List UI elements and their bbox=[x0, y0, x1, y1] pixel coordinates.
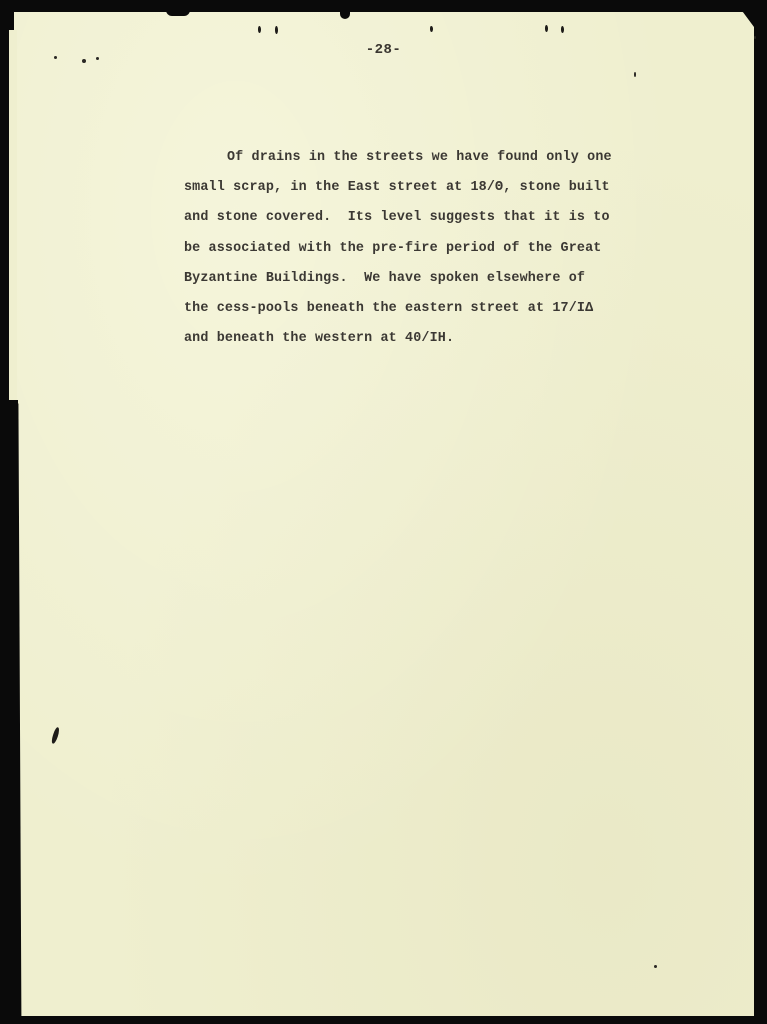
page-left-edge bbox=[9, 30, 17, 400]
paper-speck bbox=[82, 59, 86, 63]
text-line: and beneath the western at 40/IH. bbox=[184, 324, 654, 354]
binding-hole-mark bbox=[561, 26, 564, 33]
binding-hole-mark bbox=[430, 26, 433, 32]
body-paragraph: Of drains in the streets we have found o… bbox=[184, 143, 654, 354]
text-line: Of drains in the streets we have found o… bbox=[184, 143, 654, 173]
paper-speck bbox=[654, 965, 657, 968]
text-line: and stone covered. Its level suggests th… bbox=[184, 203, 654, 233]
top-edge-tear bbox=[166, 10, 190, 16]
text-line: Byzantine Buildings. We have spoken else… bbox=[184, 264, 654, 294]
page-torn-edge bbox=[8, 400, 18, 1016]
paper-speck bbox=[754, 36, 756, 39]
paper-speck bbox=[634, 72, 636, 77]
binding-hole-mark bbox=[275, 26, 278, 34]
binding-hole-mark bbox=[258, 26, 261, 33]
page-number: -28- bbox=[0, 42, 767, 58]
text-line: small scrap, in the East street at 18/Θ,… bbox=[184, 173, 654, 203]
text-line: be associated with the pre-fire period o… bbox=[184, 234, 654, 264]
binding-hole-mark bbox=[545, 25, 548, 32]
text-line: the cess-pools beneath the eastern stree… bbox=[184, 294, 654, 324]
